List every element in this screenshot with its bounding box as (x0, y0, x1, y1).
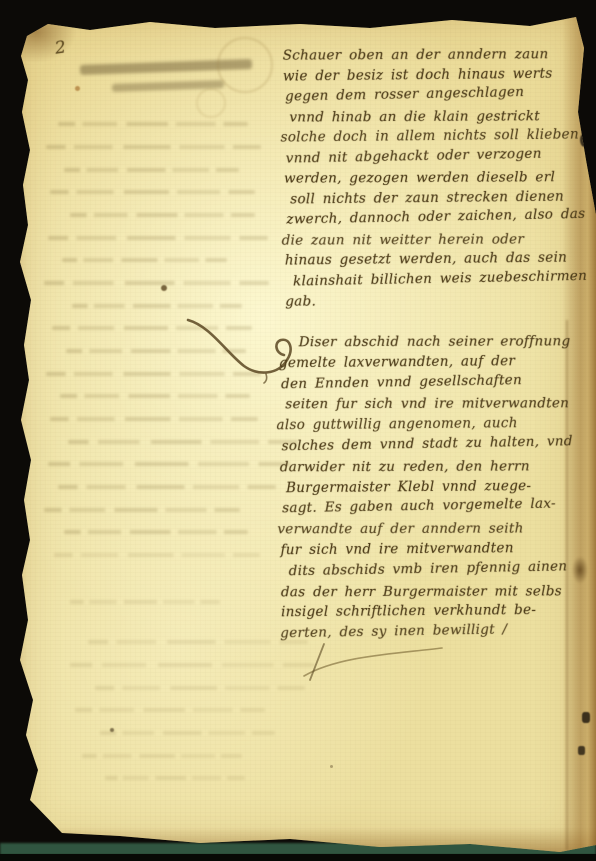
show-through-line (58, 122, 248, 126)
binding-stitch-mark (578, 746, 585, 755)
show-through-line (68, 440, 298, 444)
show-through-line (100, 731, 275, 735)
ink-fleck (161, 285, 167, 291)
text-block-2: Diser abschid nach seiner eroffnung geme… (279, 330, 573, 644)
show-through-line (54, 553, 260, 557)
manuscript-line: solches dem vnnd stadt zu halten, vnd (281, 431, 573, 457)
show-through-line (44, 281, 269, 285)
manuscript-line: verwandte auf der anndern seith (277, 518, 572, 540)
manuscript-line: gerten, des sy inen bewilligt / (280, 618, 575, 644)
manuscript-line: zwerch, dannoch oder zaichen, also das (286, 204, 586, 230)
show-through-line (46, 145, 261, 149)
ring-impression (217, 37, 273, 93)
manuscript-line: gegen dem rosser angeschlagen (285, 81, 585, 107)
show-through-line (70, 213, 255, 217)
manuscript-line: sagt. Es gaben auch vorgemelte lax- (282, 494, 574, 520)
show-through-line (105, 776, 245, 780)
show-through-line (88, 640, 308, 644)
show-through-line (95, 686, 305, 690)
manuscript-line: seiten fur sich vnd ire mitverwandten (285, 394, 571, 416)
photo-background: 2 (0, 0, 596, 861)
manuscript-line: die zaun nit weitter herein oder (282, 229, 585, 251)
manuscript-line: dits abschids vmb iren pfennig ainen (289, 556, 575, 582)
show-through-line (48, 236, 268, 240)
show-through-line (44, 508, 240, 512)
rust-spot (75, 86, 80, 91)
show-through-line (62, 258, 227, 262)
ring-impression (196, 88, 226, 118)
show-through-line (58, 485, 276, 489)
paper-speck (110, 728, 114, 732)
show-through-line (64, 168, 239, 172)
manuscript-line: gab. (285, 290, 585, 312)
show-through-line (60, 394, 250, 398)
manuscript-line: darwider nit zu reden, den herrn (280, 456, 572, 478)
show-through-line (70, 663, 315, 667)
show-through-line (70, 600, 220, 604)
binding-stitch-mark (582, 712, 590, 723)
show-through-line (64, 530, 248, 534)
manuscript-line: Diser abschid nach seiner eroffnung (279, 331, 571, 353)
manuscript-page: 2 (0, 0, 596, 861)
manuscript-line: werden, gezogen werden dieselb erl (284, 167, 584, 189)
show-through-line (75, 708, 265, 712)
bottom-shadow (0, 854, 596, 861)
show-through-line (72, 304, 242, 308)
paper-speck (330, 765, 333, 768)
manuscript-line: Schauer oben an der anndern zaun (283, 44, 583, 66)
manuscript-line: das der herr Burgermaister mit selbs (281, 581, 573, 603)
show-through-line (82, 754, 242, 758)
text-block-1: Schauer oben an der anndern zaun wie der… (283, 42, 586, 312)
closing-flourish-icon (298, 642, 448, 682)
show-through-line (50, 417, 258, 421)
show-through-line (50, 190, 255, 194)
show-through-line (48, 462, 290, 466)
manuscript-line: den Ennden vnnd gesellschaften (281, 369, 573, 395)
